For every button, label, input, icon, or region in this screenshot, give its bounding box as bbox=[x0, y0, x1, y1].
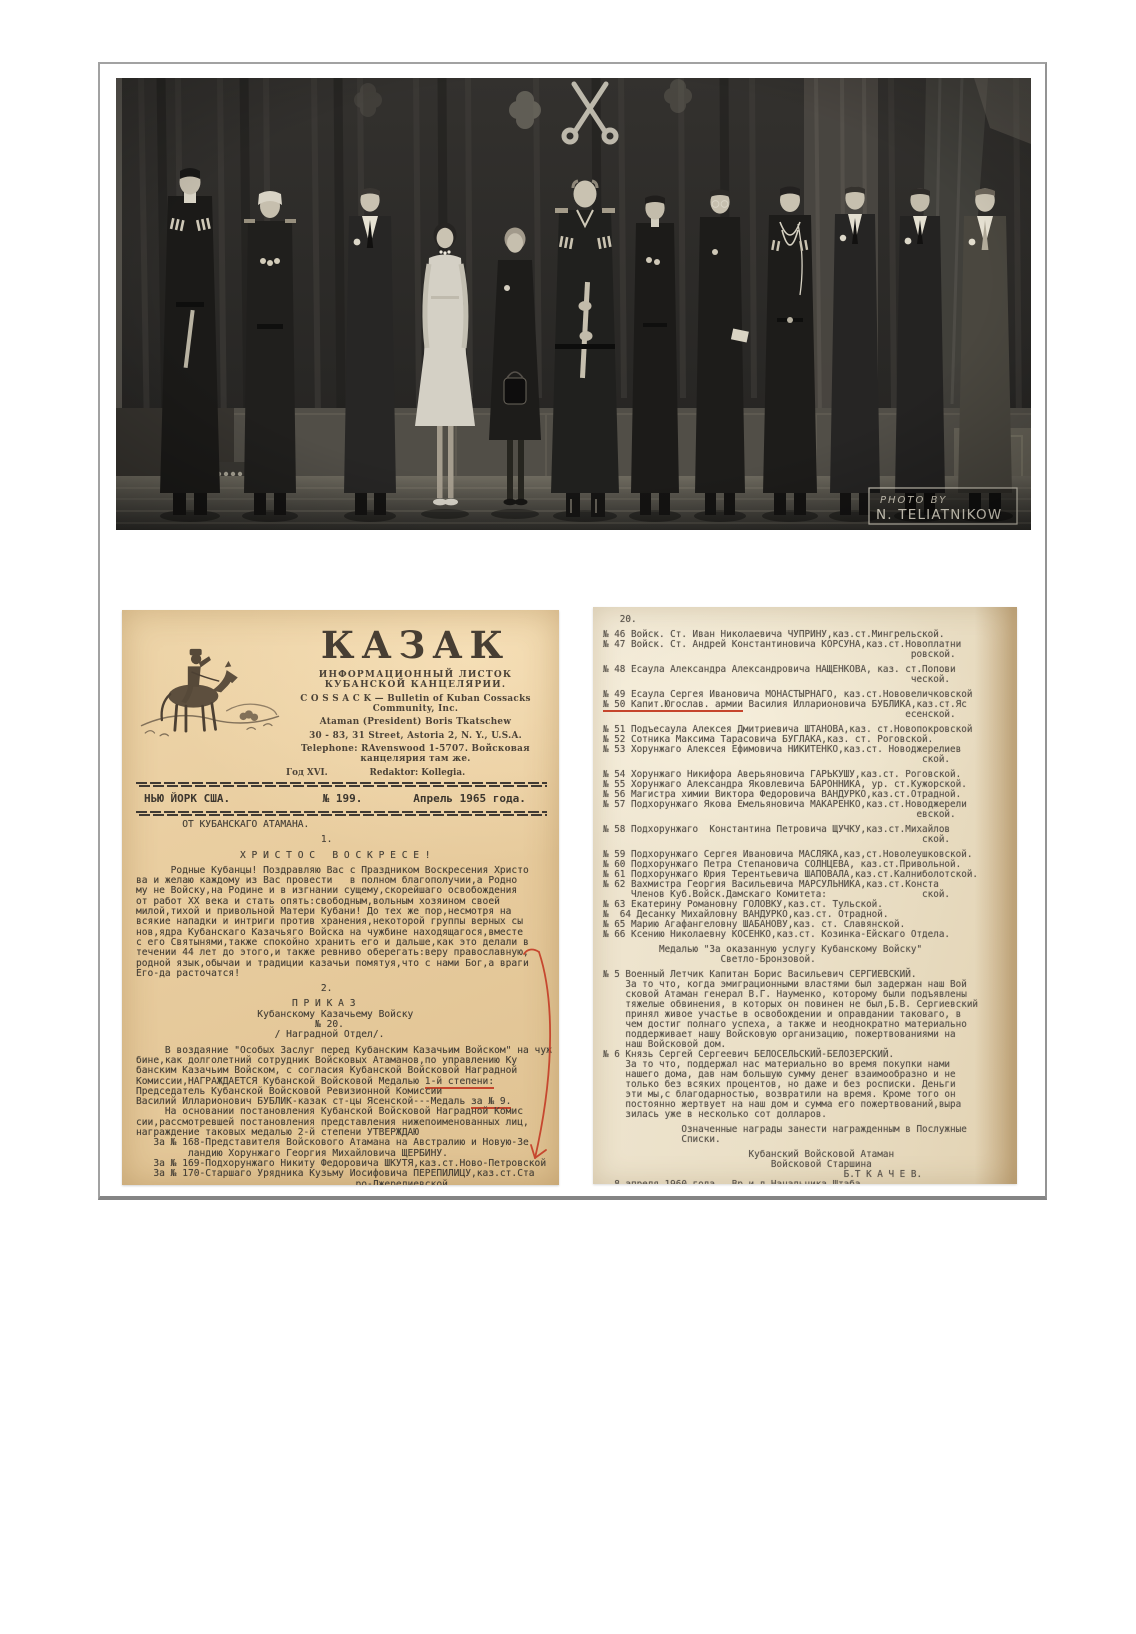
masthead: КАЗАК ИНФОРМАЦИОННЫЙ ЛИСТОК КУБАНСКОЙ КА… bbox=[136, 616, 547, 778]
text-line: За № 170-Старшаго Урядника Кузьму Иосифо… bbox=[136, 1169, 547, 1179]
masthead-rule bbox=[136, 782, 547, 787]
text-line: / Наградной Отдел/. bbox=[136, 1030, 547, 1040]
text-line: зилась уже в несколько сот долларов. bbox=[603, 1110, 1009, 1120]
cossack-rider-illustration bbox=[136, 634, 284, 746]
kazak-bulletin-page: КАЗАК ИНФОРМАЦИОННЫЙ ЛИСТОК КУБАНСКОЙ КА… bbox=[122, 610, 559, 1185]
text-line: 20. bbox=[603, 615, 1009, 625]
text-line: Его-да расточатся! bbox=[136, 969, 547, 979]
dateline-rule bbox=[136, 811, 547, 816]
bulletin-redaktor: Redaktor: Kollegia. bbox=[328, 768, 547, 778]
bulletin-title: КАЗАК bbox=[284, 624, 547, 666]
order-list-text: 20. № 46 Войск. Ст. Иван Николаевича ЧУП… bbox=[603, 615, 1009, 1184]
text-line: ской. bbox=[603, 755, 1009, 765]
dateline-date: Апрель 1965 года. bbox=[398, 792, 541, 805]
text-line: есенской. bbox=[603, 710, 1009, 720]
bulletin-telephone-line: Telephone: RAvenswood 1-5707. Войсковая … bbox=[284, 744, 547, 764]
bulletin-body-text: ОТ КУБАНСКАГО АТАМАНА. 1. Х Р И С Т О С … bbox=[136, 820, 547, 1185]
text-line: ОТ КУБАНСКАГО АТАМАНА. bbox=[136, 820, 547, 830]
text-line: ро-Джерелиевской. bbox=[136, 1180, 547, 1186]
bulletin-english-line: C O S S A C K — Bulletin of Kuban Cossac… bbox=[284, 694, 547, 714]
dateline-issue-number: № 199. bbox=[287, 792, 398, 805]
group-photograph: PHOTO BY N. TELIATNIKOW bbox=[116, 78, 1031, 530]
bulletin-address-line: 30 - 83, 31 Street, Astoria 2, N. Y., U.… bbox=[284, 731, 547, 741]
group-photo-illustration: PHOTO BY N. TELIATNIKOW bbox=[116, 78, 1031, 530]
bulletin-ataman-line: Ataman (President) Boris Tkatschew bbox=[284, 717, 547, 727]
text-line: Х Р И С Т О С В О С К Р Е С Е ! bbox=[136, 851, 547, 861]
text-line: 8 апреля 1960 года. Вр.и.д.Начальника Шт… bbox=[603, 1180, 1009, 1184]
order-list-page: 20. № 46 Войск. Ст. Иван Николаевича ЧУП… bbox=[593, 607, 1017, 1184]
text-line: евской. bbox=[603, 810, 1009, 820]
text-line: 1. bbox=[136, 835, 547, 845]
text-line: ческой. bbox=[603, 675, 1009, 685]
bulletin-subtitle: ИНФОРМАЦИОННЫЙ ЛИСТОК КУБАНСКОЙ КАНЦЕЛЯР… bbox=[284, 670, 547, 690]
dateline: НЬЮ ЙОРК США. № 199. Апрель 1965 года. bbox=[136, 789, 547, 807]
bulletin-year: Год XVI. bbox=[284, 768, 328, 778]
text-line: ровской. bbox=[603, 650, 1009, 660]
text-line: Списки. bbox=[603, 1135, 1009, 1145]
content-frame: PHOTO BY N. TELIATNIKOW bbox=[98, 62, 1047, 1200]
text-line: № 66 Ксению Николаевну КОСЕНКО,каз.ст. К… bbox=[603, 930, 1009, 940]
dateline-city: НЬЮ ЙОРК США. bbox=[144, 792, 287, 805]
scan-page: { "colors": { "left_paper": "#e8cc9e", "… bbox=[0, 0, 1136, 1634]
text-line: 2. bbox=[136, 984, 547, 994]
text-line: Светло-Бронзовой. bbox=[603, 955, 1009, 965]
text-line: ской. bbox=[603, 835, 1009, 845]
